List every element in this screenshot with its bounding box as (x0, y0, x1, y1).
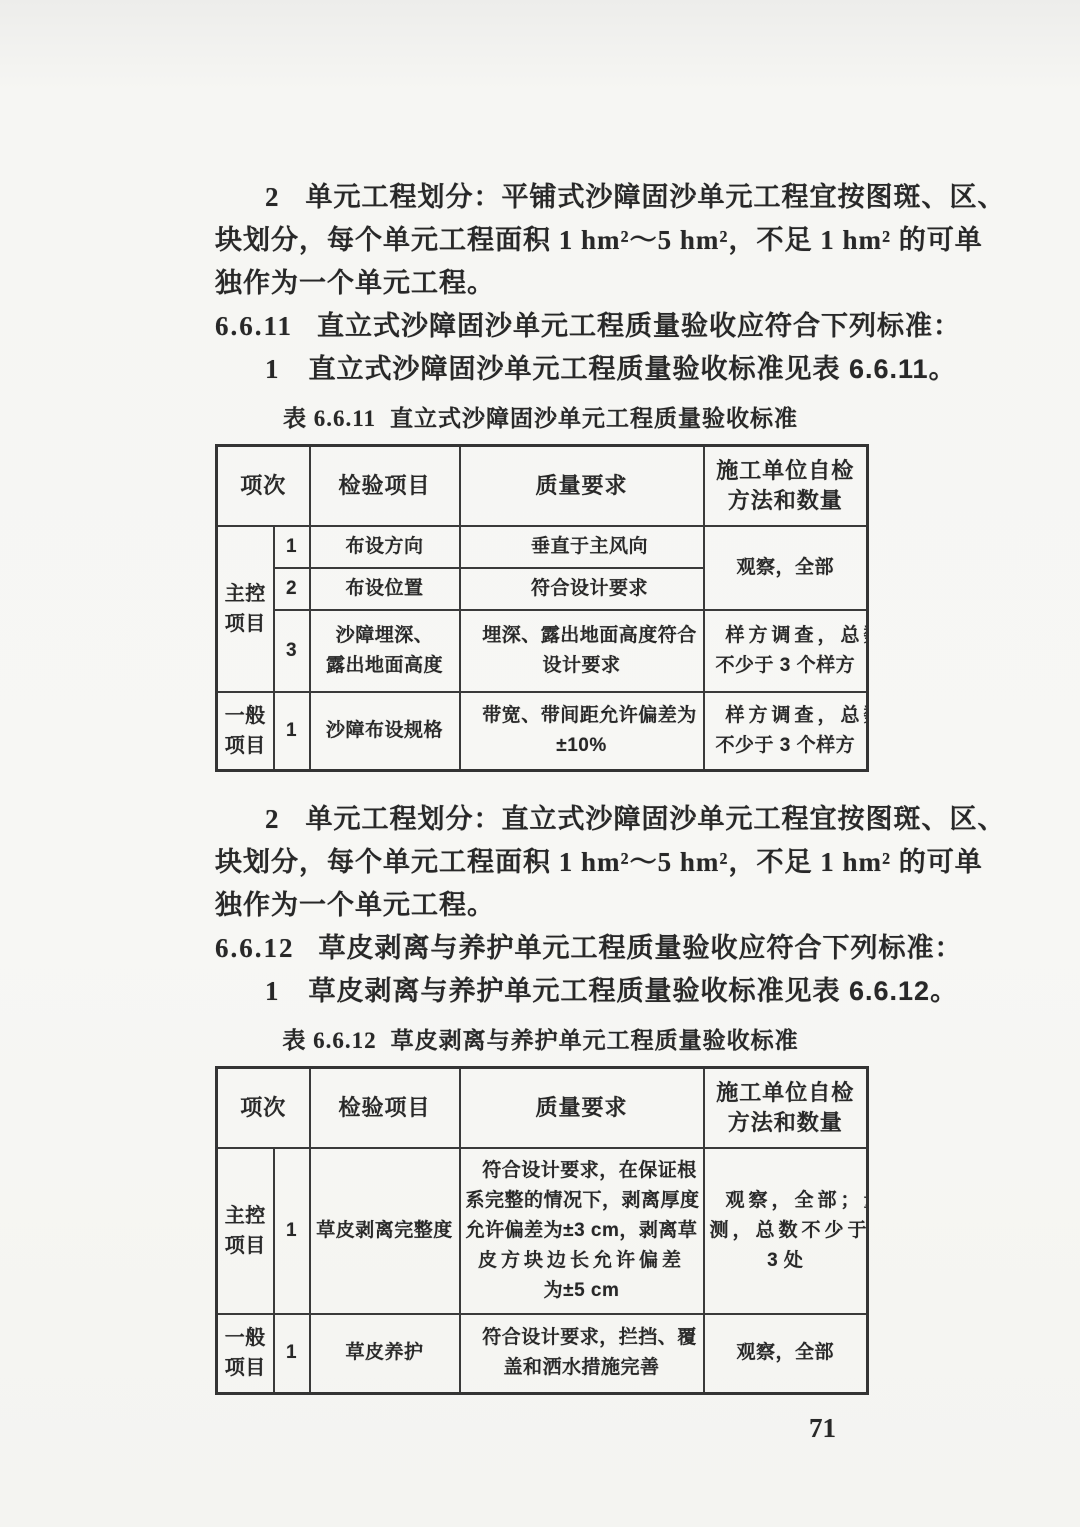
table-row: 一般项目 1 沙障布设规格 带宽、带间距允许偏差为 ±10% 样方调查，总数 不… (217, 692, 868, 770)
seq-cell: 1 (274, 692, 310, 770)
requirement-cell: 符合设计要求，在保证根 系完整的情况下，剥离厚度 允许偏差为±3 cm，剥离草 … (460, 1148, 704, 1314)
list-item-number: 2 (265, 798, 280, 841)
requirement-cell: 符合设计要求，拦挡、覆 盖和洒水措施完善 (460, 1314, 704, 1394)
clause-text: 草皮剥离与养护单元工程质量验收应符合下列标准： (319, 933, 963, 963)
requirement-cell: 埋深、露出地面高度符合 设计要求 (460, 610, 704, 692)
header-method-line: 施工单位自检 (710, 1078, 862, 1108)
caption-label: 表 6.6.12 (282, 1028, 376, 1053)
table-row: 3 沙障埋深、 露出地面高度 埋深、露出地面高度符合 设计要求 样方调查，总数 … (217, 610, 868, 692)
header-method-line: 方法和数量 (710, 1108, 862, 1138)
method-cell: 样方调查，总数 不少于 3 个样方 (704, 610, 868, 692)
body-paragraph-line: 独作为一个单元工程。 (215, 262, 885, 305)
table-header-row: 项次 检验项目 质量要求 施工单位自检 方法和数量 (217, 446, 868, 527)
paragraph-text: 单元工程划分：直立式沙障固沙单元工程宜按图斑、区、 (306, 804, 1006, 834)
item-cell: 沙障布设规格 (310, 692, 460, 770)
body-paragraph-line: 块划分，每个单元工程面积 1 hm²～5 hm²，不足 1 hm² 的可单 (215, 219, 885, 262)
item-cell: 沙障埋深、 露出地面高度 (310, 610, 460, 692)
table-row: 一般项目 1 草皮养护 符合设计要求，拦挡、覆 盖和洒水措施完善 观察，全部 (217, 1314, 868, 1394)
clause-text: 直立式沙障固沙单元工程质量验收应符合下列标准： (317, 311, 961, 341)
group-cell-main-control: 主控项目 (217, 526, 274, 692)
item-cell: 布设方向 (310, 526, 460, 568)
clause-heading-6-6-12: 6.6.12草皮剥离与养护单元工程质量验收应符合下列标准： (215, 927, 885, 970)
header-cell-method: 施工单位自检 方法和数量 (704, 1067, 868, 1148)
seq-cell: 1 (274, 1148, 310, 1314)
header-cell-check-item: 检验项目 (310, 1067, 460, 1148)
item-cell: 草皮养护 (310, 1314, 460, 1394)
method-cell: 观察，全部 (704, 1314, 868, 1394)
item-cell: 布设位置 (310, 568, 460, 610)
clause-subitem: 1草皮剥离与养护单元工程质量验收标准见表 6.6.12。 (215, 970, 885, 1013)
clause-heading-6-6-11: 6.6.11直立式沙障固沙单元工程质量验收应符合下列标准： (215, 305, 885, 348)
table-caption-6-6-12: 表 6.6.12草皮剥离与养护单元工程质量验收标准 (215, 1024, 866, 1057)
caption-title: 草皮剥离与养护单元工程质量验收标准 (391, 1027, 799, 1053)
group-cell-main-control: 主控项目 (217, 1148, 274, 1314)
item-cell: 草皮剥离完整度 (310, 1148, 460, 1314)
group-cell-general: 一般项目 (217, 692, 274, 770)
list-item-number: 2 (265, 176, 280, 219)
clause-number: 6.6.11 (215, 305, 293, 348)
method-cell: 观察，全部；量 测，总数不少于 3 处 (704, 1148, 868, 1314)
document-content: 2单元工程划分：平铺式沙障固沙单元工程宜按图斑、区、 块划分，每个单元工程面积 … (0, 0, 885, 1444)
seq-cell: 2 (274, 568, 310, 610)
seq-cell: 3 (274, 610, 310, 692)
table-row: 主控项目 1 布设方向 垂直于主风向 观察，全部 (217, 526, 868, 568)
group-cell-general: 一般项目 (217, 1314, 274, 1394)
method-cell: 观察，全部 (704, 526, 868, 610)
quality-table-6-6-11: 项次 检验项目 质量要求 施工单位自检 方法和数量 主控项目 1 布设方向 垂直… (215, 444, 869, 772)
document-page: { "page": { "number": "71" }, "para1": {… (0, 0, 1080, 1527)
caption-label: 表 6.6.11 (283, 406, 376, 431)
seq-cell: 1 (274, 1314, 310, 1394)
body-paragraph-line: 2单元工程划分：平铺式沙障固沙单元工程宜按图斑、区、 (215, 176, 885, 219)
header-cell-method: 施工单位自检 方法和数量 (704, 446, 868, 527)
subitem-text: 直立式沙障固沙单元工程质量验收标准见表 6.6.11。 (309, 354, 957, 384)
header-cell-check-item: 检验项目 (310, 446, 460, 527)
header-cell-seq: 项次 (217, 446, 310, 527)
header-method-line: 方法和数量 (710, 486, 862, 516)
quality-table-6-6-12: 项次 检验项目 质量要求 施工单位自检 方法和数量 主控项目 1 草皮剥离完整度… (215, 1066, 869, 1396)
paragraph-text: 单元工程划分：平铺式沙障固沙单元工程宜按图斑、区、 (306, 182, 1006, 212)
table-row: 主控项目 1 草皮剥离完整度 符合设计要求，在保证根 系完整的情况下，剥离厚度 … (217, 1148, 868, 1314)
table-caption-6-6-11: 表 6.6.11直立式沙障固沙单元工程质量验收标准 (215, 402, 866, 435)
requirement-cell: 垂直于主风向 (460, 526, 704, 568)
header-cell-quality-requirement: 质量要求 (460, 446, 704, 527)
body-paragraph-line: 块划分，每个单元工程面积 1 hm²～5 hm²，不足 1 hm² 的可单 (215, 841, 885, 884)
body-paragraph-line: 2单元工程划分：直立式沙障固沙单元工程宜按图斑、区、 (215, 798, 885, 841)
header-cell-seq: 项次 (217, 1067, 310, 1148)
header-method-line: 施工单位自检 (710, 456, 862, 486)
subitem-number: 1 (265, 970, 281, 1013)
header-cell-quality-requirement: 质量要求 (460, 1067, 704, 1148)
clause-number: 6.6.12 (215, 927, 295, 970)
requirement-cell: 带宽、带间距允许偏差为 ±10% (460, 692, 704, 770)
subitem-number: 1 (265, 348, 281, 391)
page-number: 71 (215, 1413, 866, 1444)
caption-title: 直立式沙障固沙单元工程质量验收标准 (390, 405, 798, 431)
body-paragraph-line: 独作为一个单元工程。 (215, 884, 885, 927)
subitem-text: 草皮剥离与养护单元工程质量验收标准见表 6.6.12。 (309, 976, 959, 1006)
method-cell: 样方调查，总数 不少于 3 个样方 (704, 692, 868, 770)
table-header-row: 项次 检验项目 质量要求 施工单位自检 方法和数量 (217, 1067, 868, 1148)
requirement-cell: 符合设计要求 (460, 568, 704, 610)
seq-cell: 1 (274, 526, 310, 568)
clause-subitem: 1直立式沙障固沙单元工程质量验收标准见表 6.6.11。 (215, 348, 885, 391)
